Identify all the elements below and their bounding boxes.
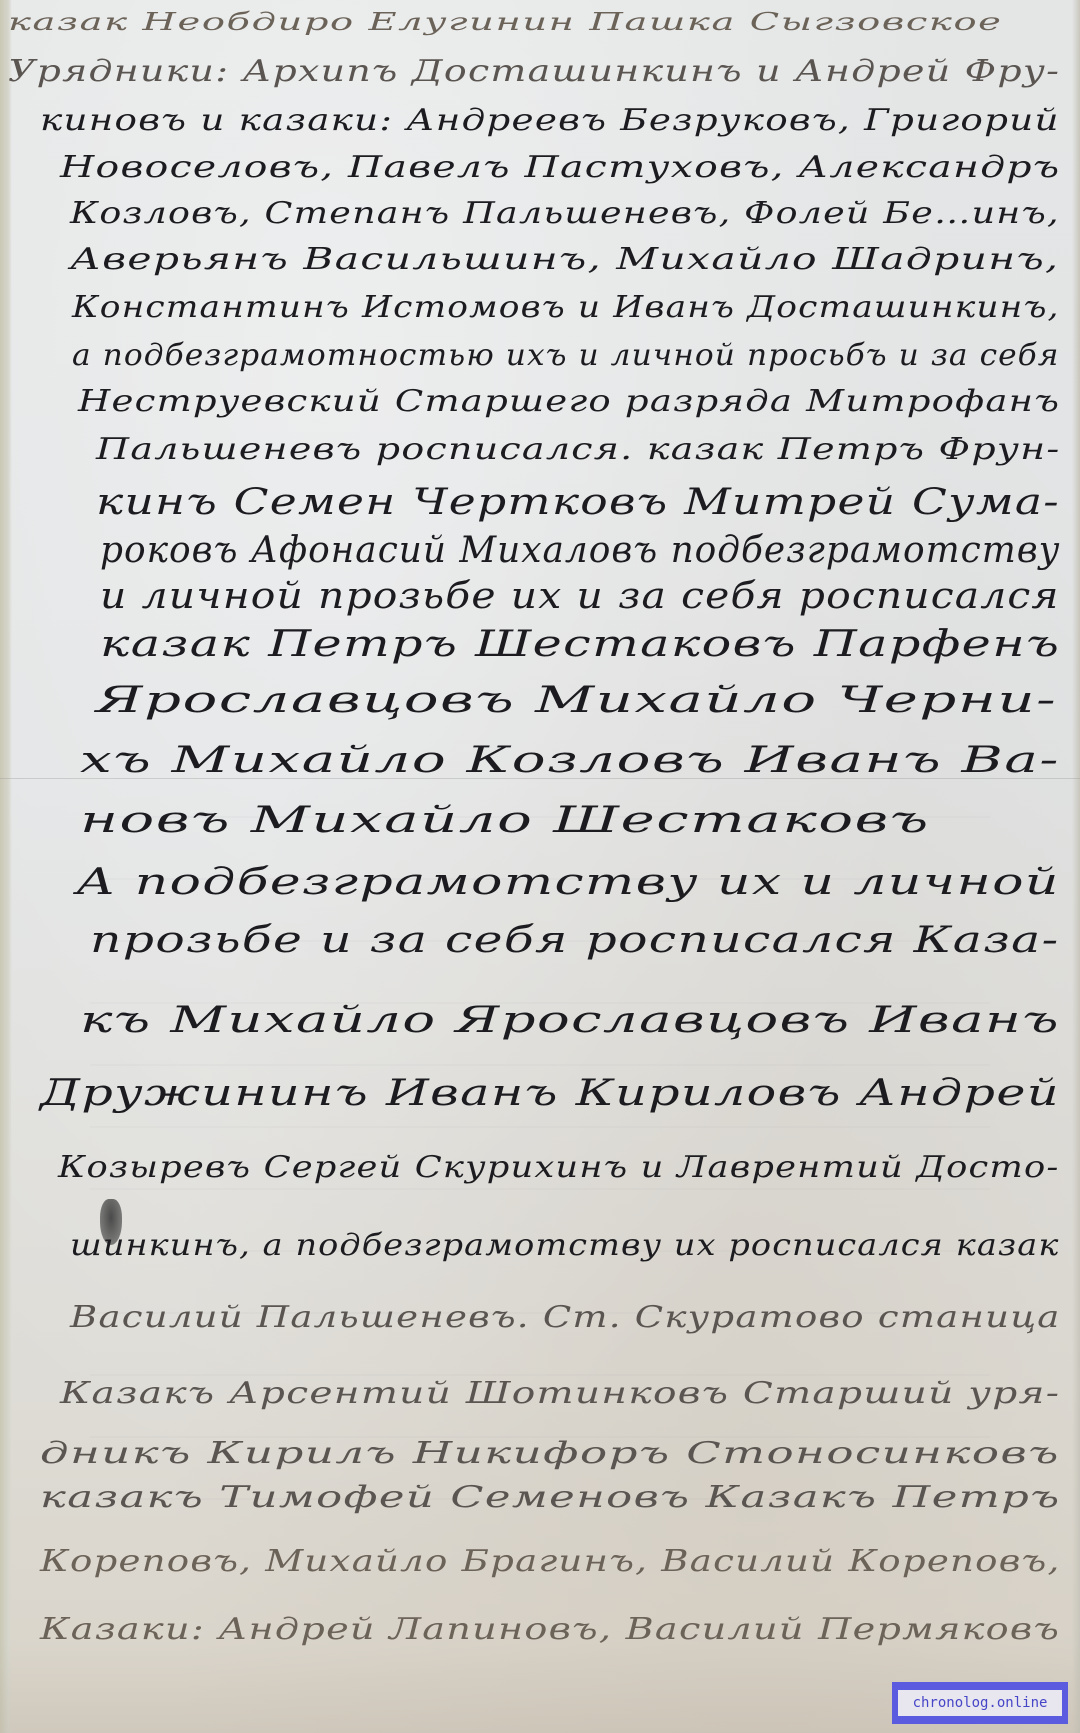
handwritten-line: Козловъ, Степанъ Пальшеневъ, Фолей Бе…ин… bbox=[70, 196, 1060, 231]
handwritten-line: къ Михайло Ярославцовъ Иванъ bbox=[80, 1000, 1060, 1041]
watermark-text: chronolog.online bbox=[898, 1690, 1062, 1716]
handwritten-line: дникъ Кирилъ Никифоръ Стоносинковъ bbox=[40, 1436, 1060, 1471]
handwritten-line: Казаки: Андрей Лапиновъ, Василий Пермяко… bbox=[40, 1612, 1060, 1647]
handwritten-line: Козыревъ Сергей Скурихинъ и Лаврентий До… bbox=[58, 1150, 1059, 1185]
handwritten-line: Аверьянъ Васильшинъ, Михайло Шадринъ, bbox=[70, 242, 1059, 277]
manuscript-page: казак Необдиро Елугинин Пашка Сыгзовское… bbox=[0, 0, 1080, 1733]
handwritten-line: казак Петръ Шестаковъ Парфенъ bbox=[100, 624, 1060, 665]
handwritten-line: Неструевский Старшего разряда Митрофанъ bbox=[78, 384, 1060, 419]
handwritten-line: Дружининъ Иванъ Кириловъ Андрей bbox=[40, 1073, 1060, 1114]
handwritten-line: казак Необдиро Елугинин Пашка Сыгзовское bbox=[8, 8, 1003, 36]
handwritten-line: Новоселовъ, Павелъ Пастуховъ, Александръ bbox=[60, 150, 1060, 185]
handwritten-line: роковъ Афонасий Михаловъ подбезграмотств… bbox=[100, 530, 1060, 571]
handwritten-line: новъ Михайло Шестаковъ bbox=[80, 800, 930, 841]
handwritten-line: хъ Михайло Козловъ Иванъ Ва- bbox=[80, 740, 1060, 781]
handwritten-line: Василий Пальшеневъ. Ст. Скуратово станиц… bbox=[70, 1300, 1061, 1335]
handwritten-line: Казакъ Арсентий Шотинковъ Старший уря- bbox=[60, 1376, 1060, 1411]
handwritten-text-block: казак Необдиро Елугинин Пашка Сыгзовское… bbox=[0, 0, 1080, 1733]
handwritten-line: Константинъ Истомовъ и Иванъ Досташинкин… bbox=[72, 290, 1060, 325]
handwritten-line: а подбезграмотностью ихъ и личной просьб… bbox=[72, 338, 1060, 373]
handwritten-line: казакъ Тимофей Семеновъ Казакъ Петръ bbox=[40, 1480, 1061, 1515]
handwritten-line: Урядники: Архипъ Досташинкинъ и Андрей Ф… bbox=[8, 54, 1060, 89]
handwritten-line: кинъ Семен Чертковъ Митрей Сума- bbox=[96, 482, 1060, 523]
handwritten-line: шинкинъ, а подбезграмотству их росписалс… bbox=[70, 1228, 1059, 1263]
handwritten-line: Ярославцовъ Михайло Черни- bbox=[96, 680, 1057, 721]
handwritten-line: Кореповъ, Михайло Брагинъ, Василий Кореп… bbox=[40, 1544, 1061, 1579]
handwritten-line: прозьбе и за себя росписался Каза- bbox=[90, 920, 1059, 961]
handwritten-line: А подбезграмотству их и личной bbox=[76, 862, 1060, 903]
watermark-badge: chronolog.online bbox=[892, 1682, 1068, 1724]
handwritten-line: и личной прозьбе их и за себя росписался bbox=[100, 576, 1060, 617]
handwritten-line: Пальшеневъ росписался. казак Петръ Фрун- bbox=[96, 432, 1061, 467]
handwritten-line: киновъ и казаки: Андреевъ Безруковъ, Гри… bbox=[40, 103, 1060, 138]
